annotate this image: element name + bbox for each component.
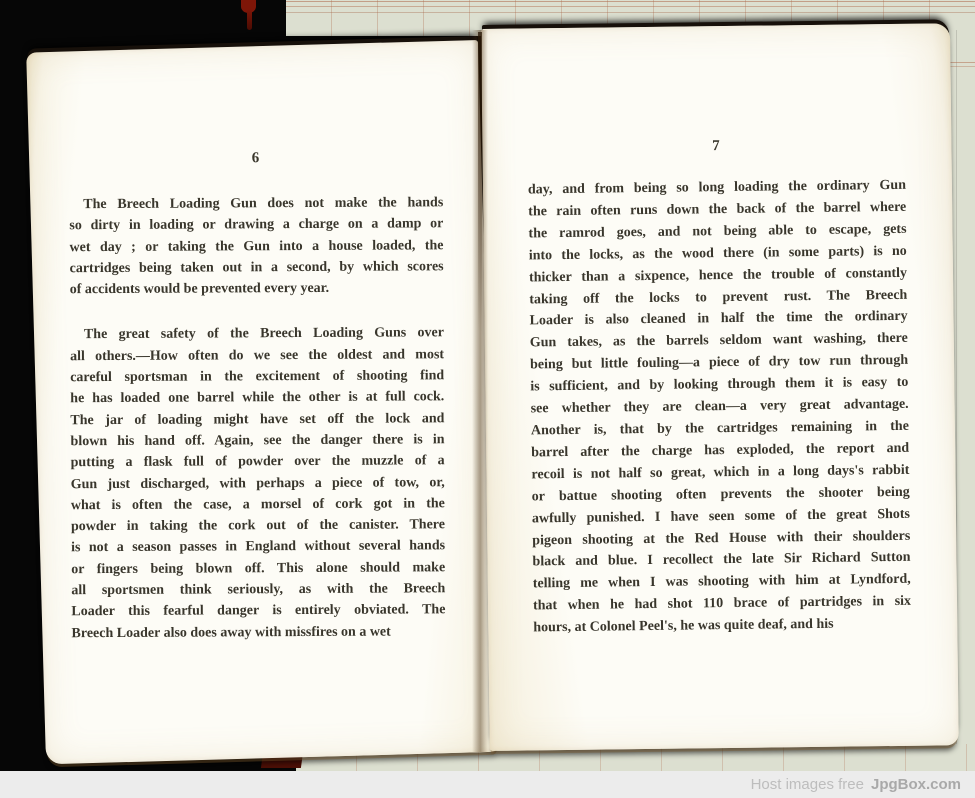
book-page-left: 6 The Breech Loading Gun does not make t… bbox=[26, 40, 498, 764]
text-line: or fingers being blown off. This alone s… bbox=[71, 557, 445, 580]
text-line: is not a season passes in England withou… bbox=[71, 536, 445, 559]
text-line: Breech Loader also does away with missfi… bbox=[71, 621, 445, 644]
text-line: hours, at Colonel Peel's, he was quite d… bbox=[533, 613, 911, 640]
text-line: careful sportsman in the excitement of s… bbox=[70, 365, 444, 388]
text-line: so dirty in loading or drawing a charge … bbox=[69, 214, 443, 237]
text-line: wet day ; or taking the Gun into a house… bbox=[69, 235, 443, 258]
page-paragraphs-right: day, and from being so long loading the … bbox=[528, 175, 912, 640]
watermark-text: Host images free bbox=[751, 776, 864, 793]
text-line: what is often the case, a morsel of cork… bbox=[71, 493, 445, 516]
scanned-book-photo: 6 The Breech Loading Gun does not make t… bbox=[0, 0, 975, 798]
book-page-right: 7 day, and from being so long loading th… bbox=[481, 23, 959, 751]
paragraph: The great safety of the Breech Loading G… bbox=[70, 323, 446, 644]
text-line: The jar of loading might have set off th… bbox=[70, 408, 444, 431]
page-number-left: 6 bbox=[69, 149, 443, 168]
text-line: all others.—How often do we see the olde… bbox=[70, 344, 444, 367]
text-line: of accidents would be prevented every ye… bbox=[70, 277, 444, 300]
text-line: putting a flask full of powder over the … bbox=[71, 451, 445, 474]
text-line: he has loaded one barrel while the other… bbox=[70, 387, 444, 410]
text-line: Gun just discharged, with perhaps a piec… bbox=[71, 472, 445, 495]
red-ink-stain-top bbox=[241, 0, 256, 13]
page-paragraphs-left: The Breech Loading Gun does not make the… bbox=[69, 192, 445, 644]
page-text-left: 6 The Breech Loading Gun does not make t… bbox=[69, 149, 446, 644]
watermark-bar: Host images free JpgBox.com bbox=[0, 771, 975, 798]
page-number-right: 7 bbox=[527, 136, 905, 158]
book-gutter-shadow-top bbox=[478, 32, 482, 332]
text-line: all sportsmen think seriously, as with t… bbox=[71, 578, 445, 601]
text-line: The Breech Loading Gun does not make the… bbox=[69, 192, 443, 215]
watermark-brand: JpgBox.com bbox=[871, 776, 961, 793]
paragraph: The Breech Loading Gun does not make the… bbox=[69, 192, 444, 300]
text-line: cartridges being taken out in a second, … bbox=[70, 256, 444, 279]
page-text-right: 7 day, and from being so long loading th… bbox=[527, 136, 911, 640]
text-line: powder in taking the cork out of the can… bbox=[71, 514, 445, 537]
paragraph: day, and from being so long loading the … bbox=[528, 175, 912, 640]
text-line: blown his hand off. Again, see the dange… bbox=[70, 429, 444, 452]
text-line: Loader this fearful danger is entirely o… bbox=[71, 600, 445, 623]
text-line: The great safety of the Breech Loading G… bbox=[70, 323, 444, 346]
